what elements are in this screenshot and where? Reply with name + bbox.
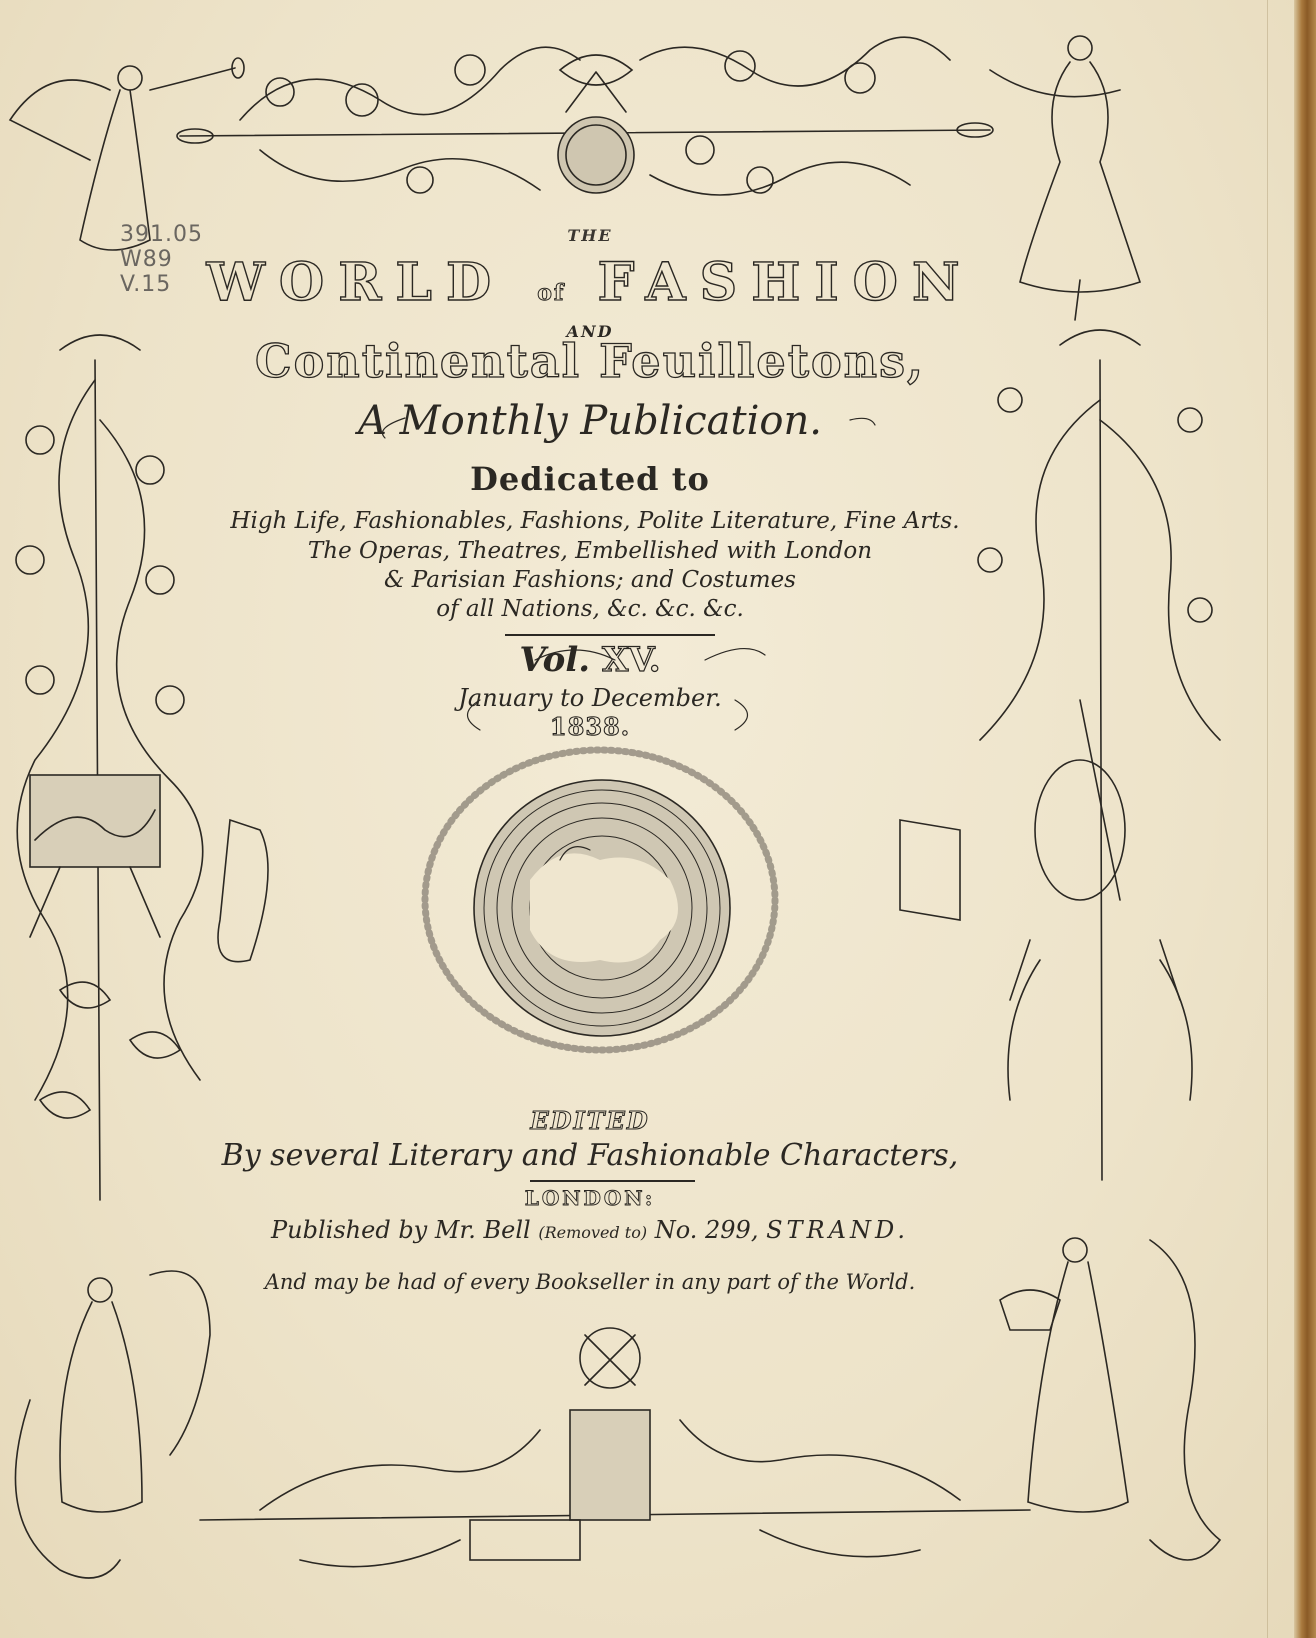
imprint-availability: And may be had of every Bookseller in an… [190, 1270, 990, 1294]
violin-icon [1035, 760, 1125, 900]
imprint-city: LONDON: [190, 1186, 990, 1210]
bottom-pedestal-ornament-icon [200, 1328, 1030, 1567]
pan-flute-icon [900, 820, 960, 920]
title-world: WORLD [207, 252, 506, 313]
woman-with-basket-icon [1000, 1238, 1220, 1560]
volume-prefix: Vol. [519, 640, 590, 680]
title-of: of [537, 280, 565, 306]
dedication-heading: Dedicated to [190, 460, 990, 498]
imprint-divider-rule [530, 1180, 695, 1182]
dedication-line-3: & Parisian Fashions; and Costumes [190, 567, 990, 593]
volume-period: January to December. [190, 684, 990, 712]
title-description: A Monthly Publication. [190, 398, 990, 444]
divider-rule [505, 634, 715, 636]
volume-label: Vol. XV. [190, 640, 990, 680]
publisher-address-street: STRAND. [766, 1216, 909, 1244]
imprint-publisher: Published by Mr. Bell (Removed to) No. 2… [190, 1216, 990, 1244]
dedication-line-2: The Operas, Theatres, Embellished with L… [190, 538, 990, 564]
globe-icon [425, 750, 775, 1050]
right-floral-column-icon [900, 330, 1220, 1180]
top-garland-icon [177, 37, 993, 195]
imprint-editors: By several Literary and Fashionable Char… [190, 1138, 990, 1173]
title-subtitle: Continental Feuilletons, [190, 334, 990, 388]
dancing-woman-icon [990, 36, 1140, 320]
title-fashion: FASHION [597, 252, 973, 313]
publisher-address-number: No. 299, [655, 1216, 759, 1244]
title-world-of-fashion: WORLD of FASHION [190, 252, 990, 313]
publisher-note: (Removed to) [538, 1223, 647, 1242]
publisher-name: Published by Mr. Bell [271, 1216, 531, 1244]
volume-year: 1838. [190, 712, 990, 741]
dedication-line-4: of all Nations, &c. &c. &c. [190, 596, 990, 622]
title-page: 391.05 W89 V.15 THE WORLD of FASHION AND… [0, 0, 1316, 1638]
imprint-edited: EDITED [190, 1106, 990, 1135]
title-the: THE [190, 226, 990, 245]
dedication-line-1: High Life, Fashionables, Fashions, Polit… [200, 508, 990, 534]
harpist-woman-icon [15, 1271, 210, 1578]
volume-number: XV. [602, 640, 661, 680]
